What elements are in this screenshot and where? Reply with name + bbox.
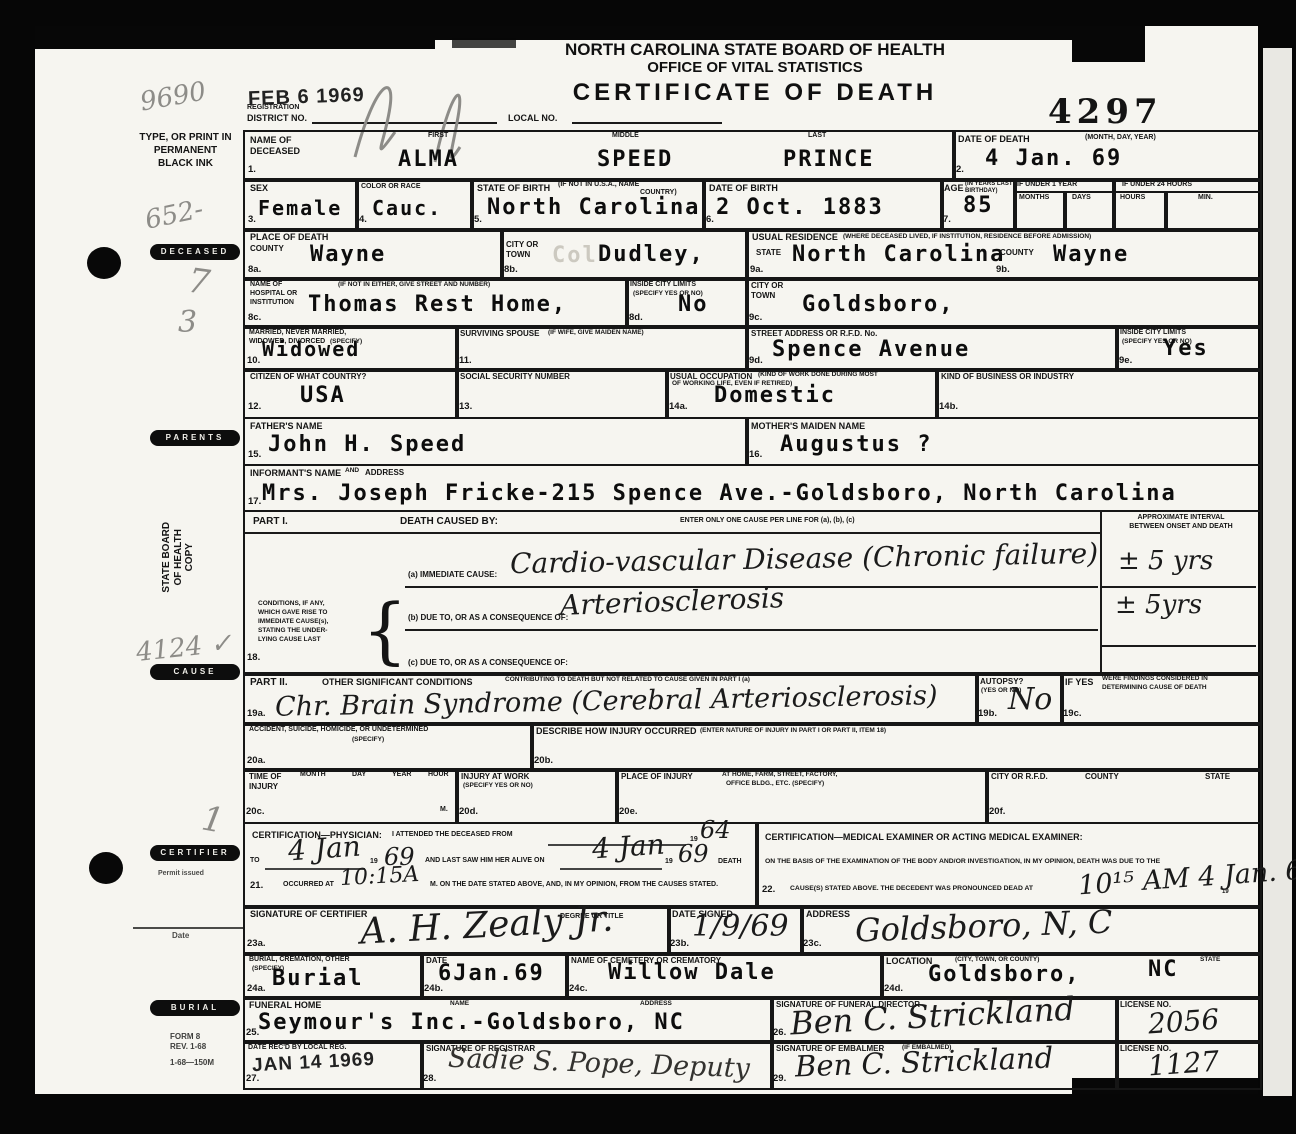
- interval-b-value: ± 5yrs: [1115, 592, 1202, 618]
- residence-city-label-2: TOWN: [751, 291, 775, 300]
- part1-header-rule: [245, 532, 1100, 534]
- hw-saw-date: 4 Jan: [591, 830, 665, 863]
- interval-a-value: ± 5 yrs: [1118, 548, 1213, 574]
- pill-burial: BURIAL: [150, 1000, 240, 1016]
- icl-death-label: INSIDE CITY LIMITS: [630, 281, 696, 289]
- hospital-label-3: INSTITUTION: [250, 299, 294, 307]
- item-19c: 19c.: [1063, 708, 1082, 719]
- under-24-hours-label: IF UNDER 24 HOURS: [1122, 181, 1192, 189]
- death-caused-by-label: DEATH CAUSED BY:: [400, 516, 498, 528]
- attended-text: I ATTENDED THE DECEASED FROM: [392, 831, 513, 839]
- icl-death-value: No: [678, 292, 709, 317]
- item-3: 3.: [248, 214, 256, 225]
- cemetery-state-label: STATE: [1200, 956, 1220, 963]
- certificate-number: 4297: [1048, 92, 1163, 132]
- if-yes-label: IF YES: [1065, 677, 1093, 687]
- hw-saw-year: 69: [678, 842, 709, 866]
- funeral-home-label: FUNERAL HOME: [249, 1000, 321, 1010]
- injury-county-label: COUNTY: [1085, 772, 1119, 781]
- state-of-birth-sub1: (IF NOT IN U.S.A., NAME: [558, 181, 639, 189]
- item-24a: 24a.: [247, 983, 266, 994]
- hospital-value: Thomas Rest Home,: [308, 292, 567, 317]
- top-smudge-thick: [35, 26, 435, 49]
- hole-punch-top: [87, 247, 121, 279]
- accident-label: ACCIDENT, SUICIDE, HOMICIDE, OR UNDETERM…: [249, 726, 428, 734]
- hw-from-year: 64: [700, 818, 731, 842]
- father-value: John H. Speed: [268, 432, 466, 457]
- last-saw-text: AND LAST SAW HIM HER ALIVE ON: [425, 857, 545, 865]
- item-20e: 20e.: [619, 806, 638, 817]
- pill-parents: PARENTS: [150, 430, 240, 446]
- other-conditions-label: OTHER SIGNIFICANT CONDITIONS: [322, 677, 473, 687]
- injury-state-label: STATE: [1205, 772, 1230, 781]
- pill-certifier: CERTIFIER: [150, 845, 240, 861]
- item-26: 26.: [773, 1027, 786, 1038]
- hw-death-time: 10:15A: [339, 864, 419, 890]
- days-label: DAYS: [1072, 194, 1091, 202]
- interval-b-rule: [1102, 645, 1256, 647]
- conditions-line-4: STATING THE UNDER-: [258, 627, 327, 634]
- name-label-2: DECEASED: [250, 146, 300, 156]
- mother-label: MOTHER'S MAIDEN NAME: [751, 421, 865, 431]
- residence-city-label-1: CITY OR: [751, 281, 783, 290]
- local-no-line: [572, 122, 722, 124]
- residence-state-label: STATE: [756, 248, 781, 257]
- conditions-line-3: IMMEDIATE CAUSE(s),: [258, 618, 328, 625]
- age-sub1: (IN YEARS LAST: [965, 181, 1013, 188]
- occupation-sub1: (KIND OF WORK DONE DURING MOST: [758, 371, 878, 378]
- occupation-value: Domestic: [714, 383, 836, 408]
- item-21: 21.: [250, 880, 263, 891]
- item-5: 5.: [474, 214, 482, 225]
- date-of-birth-label: DATE OF BIRTH: [709, 183, 778, 193]
- year-label: YEAR: [392, 771, 411, 779]
- item-8a: 8a.: [248, 264, 261, 275]
- county-label: COUNTY: [250, 244, 284, 253]
- icl-res-value: Yes: [1163, 336, 1209, 361]
- item-17: 17.: [248, 496, 261, 507]
- accident-sub: (SPECIFY): [352, 736, 384, 743]
- age-value: 85: [963, 193, 994, 218]
- to-text: TO: [250, 857, 260, 865]
- item-8b: 8b.: [504, 264, 518, 275]
- item-19b: 19b.: [978, 708, 997, 719]
- part2-label: PART II.: [250, 677, 288, 689]
- item-20b: 20b.: [534, 755, 553, 766]
- item-13: 13.: [459, 401, 472, 412]
- under-1-year-label: IF UNDER 1 YEAR: [1017, 181, 1077, 189]
- city-label-1: CITY OR: [506, 240, 538, 249]
- burial-type-label: BURIAL, CREMATION, OTHER: [249, 956, 350, 964]
- last-col-label: LAST: [808, 132, 826, 140]
- item-10: 10.: [247, 355, 260, 366]
- funeral-home-value: Seymour's Inc.-Goldsboro, NC: [258, 1010, 685, 1035]
- pill-deceased: DECEASED: [150, 244, 240, 260]
- item-1: 1.: [248, 164, 256, 175]
- citizen-label: CITIZEN OF WHAT COUNTRY?: [250, 372, 366, 381]
- cemetery-state-value: NC: [1148, 957, 1179, 982]
- place-of-injury-sub2: OFFICE BLDG., ETC. (SPECIFY): [726, 780, 824, 787]
- mother-value: Augustus ?: [780, 432, 932, 457]
- hw-to-date: 4 Jan: [287, 832, 361, 865]
- item-23b: 23b.: [670, 938, 689, 949]
- item-23a: 23a.: [247, 938, 266, 949]
- funeral-address-col-label: ADDRESS: [640, 1000, 672, 1007]
- place-of-injury-label: PLACE OF INJURY: [621, 772, 693, 781]
- informant-label: INFORMANT'S NAME: [250, 468, 341, 478]
- date-signed-value: 1/9/69: [692, 912, 789, 942]
- industry-label: KIND OF BUSINESS OR INDUSTRY: [941, 372, 1074, 381]
- immediate-cause-label: (a) IMMEDIATE CAUSE:: [408, 570, 497, 579]
- funeral-name-col-label: NAME: [450, 1000, 469, 1007]
- item-12: 12.: [248, 401, 261, 412]
- injury-at-work-sub: (SPECIFY YES OR NO): [463, 782, 533, 789]
- hospital-sub: (IF NOT IN EITHER, GIVE STREET AND NUMBE…: [338, 281, 490, 288]
- year19-c: 19: [665, 858, 673, 866]
- other-conditions-sub: CONTRIBUTING TO DEATH BUT NOT RELATED TO…: [505, 676, 750, 683]
- due-to-b-value: Arteriosclerosis: [560, 584, 785, 620]
- burial-type-value: Burial: [272, 966, 363, 991]
- hospital-label-1: NAME OF: [250, 281, 282, 289]
- adjacent-page-edge: [1263, 48, 1292, 1096]
- embalmer-signature-value: Ben C. Strickland: [795, 1044, 1054, 1082]
- city-label-2: TOWN: [506, 250, 530, 259]
- cemetery-value: Willow Dale: [608, 960, 776, 985]
- item-9d: 9d.: [749, 355, 763, 366]
- permit-issued-label: Permit issued: [158, 870, 204, 878]
- place-of-death-label: PLACE OF DEATH: [250, 232, 328, 242]
- interval-a-rule: [1102, 586, 1256, 588]
- death-word: DEATH: [718, 858, 742, 866]
- item-29: 29.: [773, 1073, 786, 1084]
- day-label: DAY: [352, 771, 366, 779]
- copy-designation: STATE BOARD OF HEALTH COPY: [161, 507, 196, 607]
- location-label: LOCATION: [886, 956, 932, 966]
- age-label: AGE: [944, 183, 964, 193]
- item-8d: 8d.: [629, 312, 643, 323]
- item-20d: 20d.: [459, 806, 478, 817]
- conditions-line-5: LYING CAUSE LAST: [258, 636, 321, 643]
- injury-city-label: CITY OR R.F.D.: [991, 772, 1048, 781]
- last-name-value: PRINCE: [783, 147, 874, 172]
- item-8c: 8c.: [248, 312, 261, 323]
- residence-city-value: Goldsboro,: [802, 292, 954, 317]
- item-16: 16.: [749, 449, 762, 460]
- hours-label: HOURS: [1120, 194, 1145, 202]
- item-24c: 24c.: [569, 983, 588, 994]
- scanned-death-certificate: NORTH CAROLINA STATE BOARD OF HEALTH OFF…: [0, 0, 1296, 1134]
- certifier-signature-label: SIGNATURE OF CERTIFIER: [250, 909, 367, 919]
- time-injury-label-2: INJURY: [249, 782, 278, 791]
- ink-instruction-1: TYPE, OR PRINT IN: [128, 132, 243, 144]
- item-15: 15.: [248, 449, 261, 460]
- state-of-birth-value: North Carolina: [487, 195, 700, 220]
- min-label: MIN.: [1198, 194, 1213, 202]
- am-pm-label: M.: [440, 806, 448, 814]
- place-of-injury-sub1: AT HOME, FARM, STREET, FACTORY,: [722, 771, 837, 778]
- informant-and: AND: [345, 467, 359, 474]
- interval-divider: [1100, 510, 1102, 672]
- state-of-birth-label: STATE OF BIRTH: [477, 183, 550, 193]
- causes-stated-text: CAUSE(S) STATED ABOVE. THE DECEDENT WAS …: [790, 885, 1033, 893]
- date-of-death-label: DATE OF DEATH: [958, 134, 1030, 144]
- hospital-label-2: HOSPITAL OR: [250, 290, 297, 298]
- address-label: ADDRESS: [806, 909, 850, 919]
- conditions-line-1: CONDITIONS, IF ANY,: [258, 600, 325, 607]
- city-value: Dudley,: [598, 242, 705, 267]
- middle-col-label: MIDDLE: [612, 132, 639, 140]
- race-label: COLOR OR RACE: [361, 183, 421, 191]
- embalmer-license-value: 1127: [1147, 1048, 1220, 1081]
- time-injury-label-1: TIME OF: [249, 772, 281, 781]
- conditions-brace: {: [362, 588, 408, 672]
- sex-label: SEX: [250, 183, 268, 193]
- due-to-c-label: (c) DUE TO, OR AS A CONSEQUENCE OF:: [408, 658, 568, 667]
- item-20c: 20c.: [246, 806, 265, 817]
- item-20a: 20a.: [247, 755, 266, 766]
- date-of-death-value: 4 Jan. 69: [985, 146, 1122, 171]
- item-18: 18.: [247, 652, 260, 663]
- interval-label-1: APPROXIMATE INTERVAL: [1110, 514, 1252, 522]
- hole-punch-bottom: [89, 852, 123, 884]
- copy-line-3: COPY: [184, 507, 196, 607]
- findings-sub2: DETERMINING CAUSE OF DEATH: [1102, 684, 1207, 691]
- sex-value: Female: [258, 196, 342, 220]
- describe-injury-label: DESCRIBE HOW INJURY OCCURRED: [536, 726, 697, 736]
- describe-injury-sub: (ENTER NATURE OF INJURY IN PART I OR PAR…: [700, 727, 886, 734]
- month-label: MONTH: [300, 771, 326, 779]
- residence-county-value: Wayne: [1053, 242, 1129, 267]
- interval-label-2: BETWEEN ONSET AND DEATH: [1110, 523, 1252, 531]
- saw-blank-line: [560, 868, 662, 870]
- part1-label: PART I.: [253, 516, 288, 528]
- informant-address-label: ADDRESS: [365, 468, 404, 477]
- date-of-birth-value: 2 Oct. 1883: [716, 195, 884, 220]
- ssn-label: SOCIAL SECURITY NUMBER: [460, 372, 570, 381]
- item-4: 4.: [359, 214, 367, 225]
- city-erased-text: Col: [552, 243, 598, 268]
- burial-date-value: 6Jan.69: [438, 961, 545, 986]
- marital-value: Widowed: [262, 337, 360, 361]
- occurred-rest-text: M. ON THE DATE STATED ABOVE, AND, IN MY …: [430, 881, 718, 889]
- occurred-at-text: OCCURRED AT: [283, 881, 334, 889]
- street-value: Spence Avenue: [772, 337, 970, 362]
- father-label: FATHER'S NAME: [250, 421, 322, 431]
- informant-value: Mrs. Joseph Fricke-215 Spence Ave.-Golds…: [262, 481, 1177, 506]
- citizen-value: USA: [300, 383, 346, 408]
- autopsy-value: No: [1008, 685, 1052, 715]
- item-9a: 9a.: [750, 264, 763, 275]
- county-value: Wayne: [310, 242, 386, 267]
- item-11: 11.: [459, 355, 472, 366]
- item-6: 6.: [706, 214, 714, 225]
- name-label-1: NAME OF: [250, 135, 292, 145]
- item-19a: 19a.: [247, 708, 266, 719]
- certifier-address-value: Goldsboro, N, C: [855, 906, 1113, 947]
- date-of-death-sub: (MONTH, DAY, YEAR): [1085, 134, 1156, 142]
- usual-residence-label: USUAL RESIDENCE: [752, 232, 838, 242]
- item-23c: 23c.: [803, 938, 822, 949]
- hour-label: HOUR: [428, 771, 449, 779]
- race-value: Cauc.: [372, 196, 442, 220]
- item-9e: 9e.: [1119, 355, 1132, 366]
- due-to-b-label: (b) DUE TO, OR AS A CONSEQUENCE OF:: [408, 613, 568, 622]
- board-title: NORTH CAROLINA STATE BOARD OF HEALTH: [455, 40, 1055, 60]
- ink-instruction-3: BLACK INK: [128, 158, 243, 170]
- min-box: [1164, 191, 1262, 232]
- top-right-blot: [1072, 26, 1145, 62]
- location-value: Goldsboro,: [928, 962, 1080, 987]
- form-number: FORM 8: [170, 1032, 200, 1041]
- form-revision: REV. 1-68: [170, 1042, 206, 1051]
- item-9c: 9c.: [749, 312, 762, 323]
- year19-d: 19: [1222, 889, 1229, 896]
- usual-residence-sub: (WHERE DECEASED LIVED, IF INSTITUTION, R…: [843, 233, 1091, 240]
- copy-line-2: OF HEALTH: [172, 507, 184, 607]
- first-col-label: FIRST: [428, 132, 448, 140]
- residence-county-label: COUNTY: [1000, 248, 1034, 257]
- conditions-line-2: WHICH GAVE RISE TO: [258, 609, 327, 616]
- one-cause-note: ENTER ONLY ONE CAUSE PER LINE FOR (a), (…: [680, 517, 855, 525]
- pencil-3: 3: [178, 305, 197, 340]
- registration-label: REGISTRATION: [247, 104, 299, 112]
- spouse-label: SURVIVING SPOUSE: [460, 329, 539, 338]
- item-2: 2.: [956, 164, 964, 175]
- ink-instruction-2: PERMANENT: [128, 145, 243, 157]
- spouse-sub: (IF WIFE, GIVE MAIDEN NAME): [548, 329, 644, 336]
- form-stock-code: 1-68—150M: [170, 1058, 214, 1067]
- item-14a: 14a.: [669, 401, 688, 412]
- months-label: MONTHS: [1019, 194, 1049, 202]
- district-no-label: DISTRICT NO.: [247, 113, 307, 123]
- medical-examiner-label: CERTIFICATION—MEDICAL EXAMINER OR ACTING…: [765, 832, 1083, 842]
- item-7: 7.: [943, 214, 951, 225]
- line-b-rule: [405, 629, 1098, 631]
- first-name-value: ALMA: [398, 147, 459, 172]
- item-22: 22.: [762, 884, 775, 895]
- item-20f: 20f.: [989, 806, 1005, 817]
- item-28: 28.: [423, 1073, 436, 1084]
- date-rule: [133, 927, 243, 929]
- copy-line-1: STATE BOARD: [161, 507, 173, 607]
- basis-text: ON THE BASIS OF THE EXAMINATION OF THE B…: [765, 858, 1160, 866]
- findings-sub1: WERE FINDINGS CONSIDERED IN: [1102, 675, 1208, 682]
- residence-state-value: North Carolina: [792, 242, 1005, 267]
- item-24d: 24d.: [884, 983, 903, 994]
- injury-at-work-label: INJURY AT WORK: [461, 772, 529, 781]
- director-license-value: 2056: [1147, 1006, 1220, 1039]
- middle-name-value: SPEED: [597, 147, 673, 172]
- pill-cause: CAUSE: [150, 664, 240, 680]
- item-9b: 9b.: [996, 264, 1010, 275]
- date-margin-label: Date: [172, 931, 189, 940]
- marital-label-1: MARRIED, NEVER MARRIED,: [249, 329, 346, 337]
- item-14b: 14b.: [939, 401, 958, 412]
